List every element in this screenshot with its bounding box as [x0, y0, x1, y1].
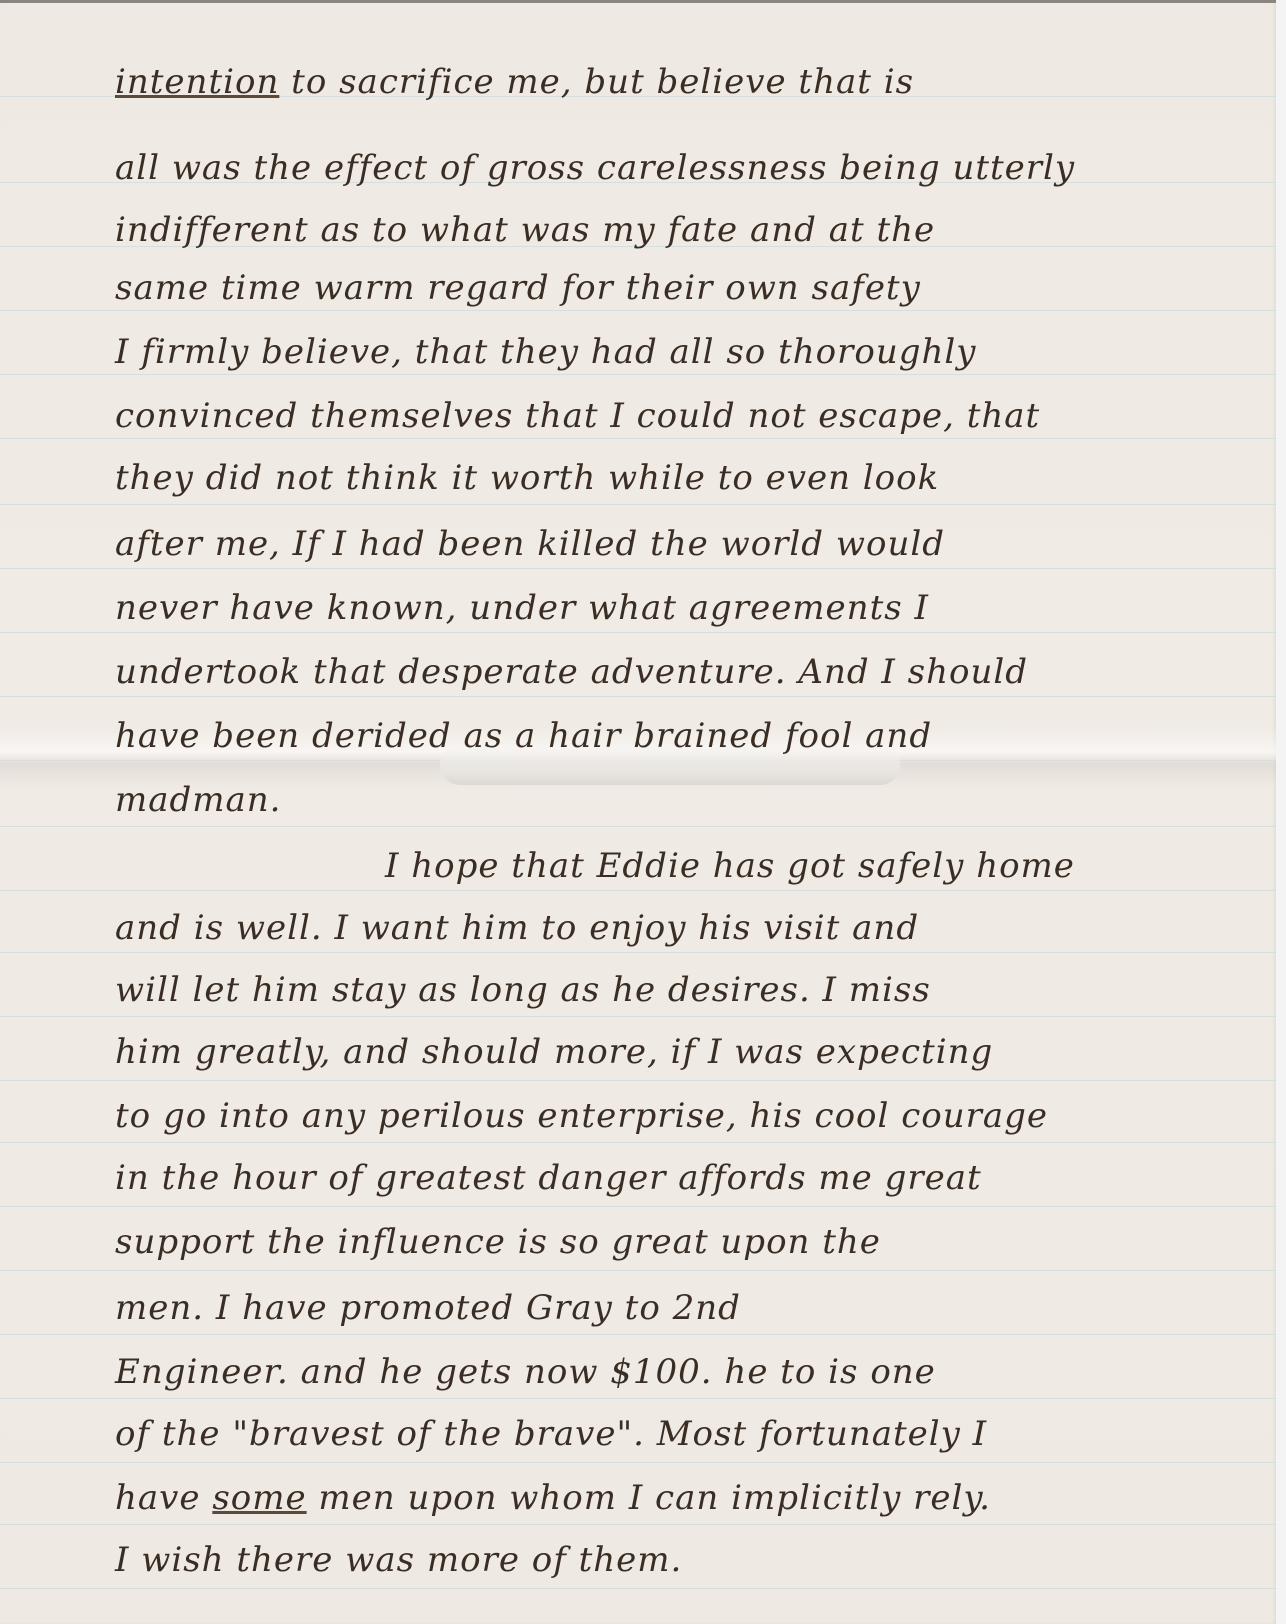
- ruled-line: [0, 504, 1276, 505]
- text-line: convinced themselves that I could not es…: [115, 396, 1040, 436]
- text-line: intention to sacrifice me, but believe t…: [115, 62, 914, 102]
- ruled-line: [0, 1588, 1276, 1589]
- ruled-line: [0, 1206, 1276, 1207]
- text-line: undertook that desperate adventure. And …: [115, 652, 1028, 692]
- text-line-rest: to sacrifice me, but believe that is: [279, 62, 914, 102]
- text-line: will let him stay as long as he desires.…: [115, 970, 931, 1010]
- text-line: him greatly, and should more, if I was e…: [115, 1032, 993, 1072]
- text-line: madman.: [115, 780, 282, 820]
- text-line: I firmly believe, that they had all so t…: [115, 332, 976, 372]
- text-line: same time warm regard for their own safe…: [115, 268, 921, 308]
- ruled-line: [0, 438, 1276, 439]
- text-line: all was the effect of gross carelessness…: [115, 148, 1075, 188]
- ruled-line: [0, 826, 1276, 827]
- ruled-line: [0, 310, 1276, 311]
- letter-page: intention to sacrifice me, but believe t…: [0, 0, 1276, 1624]
- text-line: men. I have promoted Gray to 2nd: [115, 1288, 741, 1328]
- text-line-start: have: [115, 1478, 212, 1518]
- ruled-line: [0, 952, 1276, 953]
- ruled-line: [0, 890, 1276, 891]
- underlined-word: some: [212, 1478, 306, 1518]
- ruled-line: [0, 632, 1276, 633]
- text-line: have been derided as a hair brained fool…: [115, 716, 932, 756]
- text-line: to go into any perilous enterprise, his …: [115, 1096, 1048, 1136]
- text-line: they did not think it worth while to eve…: [115, 458, 939, 498]
- text-line: I wish there was more of them.: [115, 1540, 682, 1580]
- ruled-line: [0, 1462, 1276, 1463]
- text-line: indifferent as to what was my fate and a…: [115, 210, 935, 250]
- ruled-line: [0, 1270, 1276, 1271]
- ruled-line: [0, 1398, 1276, 1399]
- text-line: of the "bravest of the brave". Most fort…: [115, 1414, 987, 1454]
- ruled-line: [0, 568, 1276, 569]
- text-line: Engineer. and he gets now $100. he to is…: [115, 1352, 936, 1392]
- page-top-edge: [0, 0, 1276, 3]
- text-line: after me, If I had been killed the world…: [115, 524, 945, 564]
- ruled-line: [0, 696, 1276, 697]
- text-line: and is well. I want him to enjoy his vis…: [115, 908, 919, 948]
- text-line: never have known, under what agreements …: [115, 588, 929, 628]
- text-line: in the hour of greatest danger affords m…: [115, 1158, 982, 1198]
- ruled-line: [0, 1524, 1276, 1525]
- ruled-line: [0, 374, 1276, 375]
- underlined-word: intention: [115, 62, 279, 102]
- text-line: support the influence is so great upon t…: [115, 1222, 881, 1262]
- ruled-line: [0, 1334, 1276, 1335]
- ruled-line: [0, 1080, 1276, 1081]
- text-line-rest: men upon whom I can implicitly rely.: [307, 1478, 991, 1518]
- text-line: have some men upon whom I can implicitly…: [115, 1478, 991, 1518]
- ruled-line: [0, 1142, 1276, 1143]
- text-line: I hope that Eddie has got safely home: [385, 846, 1075, 886]
- ruled-line: [0, 1016, 1276, 1017]
